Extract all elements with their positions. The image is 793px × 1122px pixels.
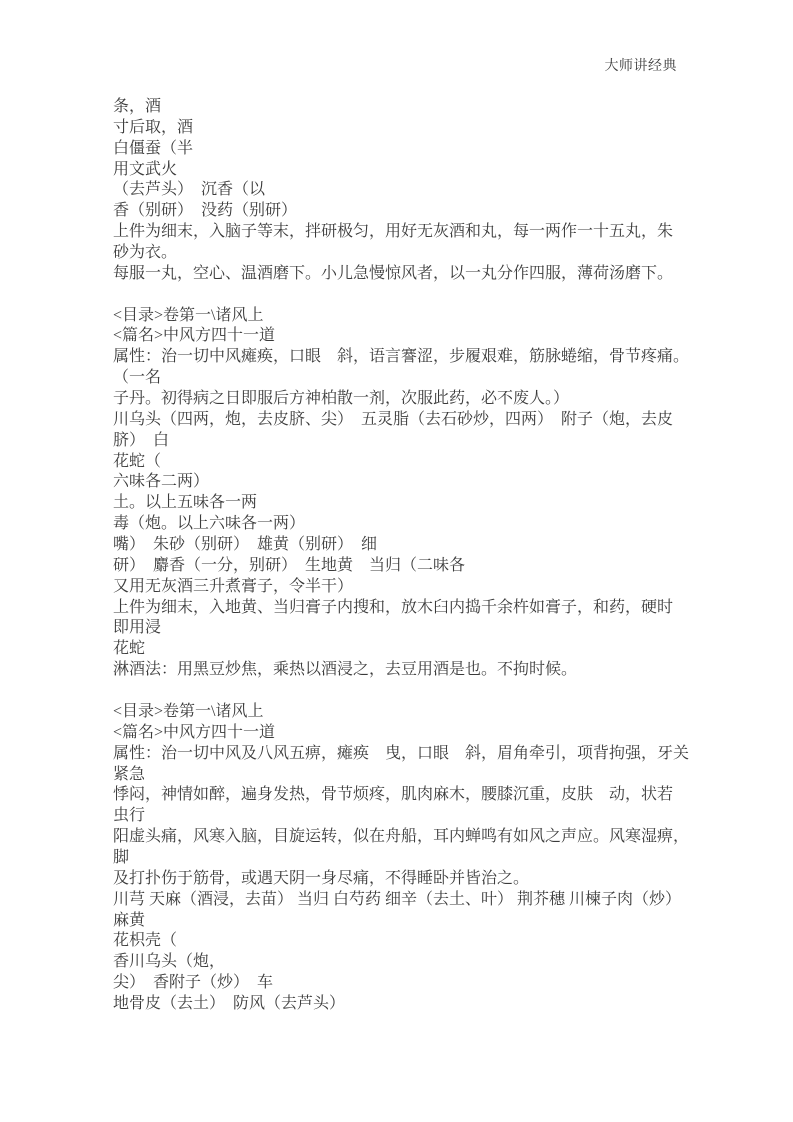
document-page: 大师讲经典 条，酒寸后取，酒白僵蚕（半用文武火（去芦头） 沉香（以香（别研） 没… [0,0,793,1122]
text-line: 上件为细末，入地黄、当归膏子内搜和，放木臼内捣千余杵如膏子，和药，硬时 [113,598,685,619]
text-line: 地骨皮（去土） 防风（去芦头） [113,994,685,1015]
text-line: 花蛇（ [113,452,685,473]
document-body: 条，酒寸后取，酒白僵蚕（半用文武火（去芦头） 沉香（以香（别研） 没药（别研）上… [113,97,685,1015]
text-line: 花蛇 [113,639,685,660]
text-line: 六味各二两） [113,472,685,493]
text-line: 白僵蚕（半 [113,139,685,160]
text-line: <篇名>中风方四十一道 [113,326,685,347]
text-line: 香（别研） 没药（别研） [113,201,685,222]
text-line: 淋酒法：用黑豆炒焦，乘热以酒浸之，去豆用酒是也。不拘时候。 [113,660,685,681]
text-line: 阳虚头痛，风寒入脑，目旋运转，似在舟船，耳内蝉鸣有如风之声应。风寒湿痹， [113,827,685,848]
text-line: 寸后取，酒 [113,118,685,139]
text-line: <目录>卷第一\诸风上 [113,702,685,723]
text-line: 用文武火 [113,160,685,181]
text-line: 香川乌头（炮， [113,952,685,973]
text-line: 每服一丸，空心、温酒磨下。小儿急慢惊风者，以一丸分作四服，薄荷汤磨下。 [113,264,685,285]
text-line: 属性：治一切中风瘫痪，口眼 斜，语言謇涩，步履艰难，筋脉蜷缩，骨节疼痛。 [113,347,685,368]
text-line: 花枳壳（ [113,931,685,952]
text-line: 及打扑伤于筋骨，或遇天阴一身尽痛，不得睡卧并皆治之。 [113,869,685,890]
text-line: （去芦头） 沉香（以 [113,180,685,201]
text-line: 条，酒 [113,97,685,118]
text-line [113,285,685,306]
text-line: 紧急 [113,765,685,786]
text-line: 又用无灰酒三升煮膏子，令半干） [113,577,685,598]
text-line: 嘴） 朱砂（别研） 雄黄（别研） 细 [113,535,685,556]
text-line: <目录>卷第一\诸风上 [113,306,685,327]
text-line: 脚 [113,848,685,869]
text-line: 悸闷，神情如醉，遍身发热，骨节烦疼，肌肉麻木，腰膝沉重，皮肤 动，状若 [113,785,685,806]
text-line: 尖） 香附子（炒） 车 [113,973,685,994]
text-line: 川乌头（四两，炮，去皮脐、尖） 五灵脂（去石砂炒，四两） 附子（炮，去皮 [113,410,685,431]
text-line: 即用浸 [113,618,685,639]
text-line: 上件为细末，入脑子等末，拌研极匀，用好无灰酒和丸，每一两作一十五丸，朱 [113,222,685,243]
text-line: 研） 麝香（一分，别研） 生地黄 当归（二味各 [113,556,685,577]
text-line: 麻黄 [113,911,685,932]
text-line: （一名 [113,368,685,389]
text-line: 川芎 天麻（酒浸，去苗） 当归 白芍药 细辛（去土、叶） 荆芥穗 川楝子肉（炒） [113,890,685,911]
page-header-text: 大师讲经典 [605,55,678,75]
text-line: 土。以上五味各一两 [113,493,685,514]
text-line: 属性：治一切中风及八风五痹，瘫痪 曳，口眼 斜，眉角牵引，项背拘强，牙关 [113,744,685,765]
text-line: <篇名>中风方四十一道 [113,723,685,744]
text-line: 脐） 白 [113,431,685,452]
text-line [113,681,685,702]
text-line: 毒（炮。以上六味各一两） [113,514,685,535]
text-line: 虫行 [113,806,685,827]
text-line: 子丹。初得病之日即服后方神柏散一剂，次服此药，必不废人。） [113,389,685,410]
text-line: 砂为衣。 [113,243,685,264]
